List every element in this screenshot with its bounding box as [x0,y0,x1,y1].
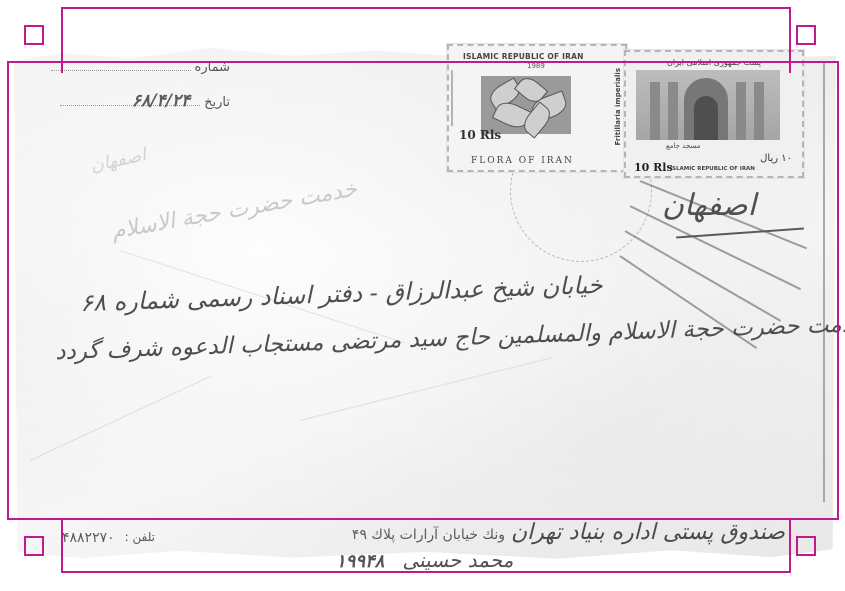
crop-mark-bottom-left [24,536,44,556]
crop-mark-bottom-right [796,536,816,556]
stamp-value: 10 Rls [634,161,673,174]
crop-mark-top-left [24,25,44,45]
crop-mark-top-right [796,25,816,45]
postal-code: ۱۹۹۴۸ [336,551,384,572]
stamp-caption: مسجد جامع [666,142,700,150]
date-dotted-line: ۶۸/۴/۲۴ [60,95,200,106]
stamp-value: 10 Rls [459,128,501,142]
sender-name-line: محمد حسینی ۱۹۹۴۸ [336,548,513,572]
envelope-fold-edge [823,62,825,502]
sender-name: محمد حسینی [402,548,513,572]
mosque-illustration [636,70,780,140]
stamp-side-text [451,70,459,126]
destination-city: اصفهان [662,188,756,223]
phone-label: تلفن : [125,530,155,546]
stamp-value-fa: ۱۰ ریال [760,153,792,164]
sender-address: صندوق پستی اداره بنیاد تهران ونك خیابان … [352,520,785,545]
stamp-footer: ISLAMIC REPUBLIC OF IRAN [670,166,755,172]
phone-number: ۴۸۸۲۲۷۰ [62,530,115,546]
sender-phone: تلفن : ۴۸۸۲۲۷۰ [62,530,155,546]
date-field: تاریخ ۶۸/۴/۲۴ [60,95,230,110]
flower-illustration [481,76,571,134]
sender-handwritten-prefix: صندوق پستی اداره بنیاد تهران [511,520,785,545]
stamp-species: Fritillaria imperialis [614,68,622,145]
date-label: تاریخ [204,95,230,110]
stamp-mosque: پست جمهوری اسلامی ایران مسجد جامع ۱۰ ریا… [624,50,804,178]
stamp-footer: FLORA OF IRAN [471,156,574,166]
date-value: ۶۸/۴/۲۴ [132,91,190,111]
sender-printed-address: ونك خیابان آرارات پلاك ۴۹ [352,527,505,543]
